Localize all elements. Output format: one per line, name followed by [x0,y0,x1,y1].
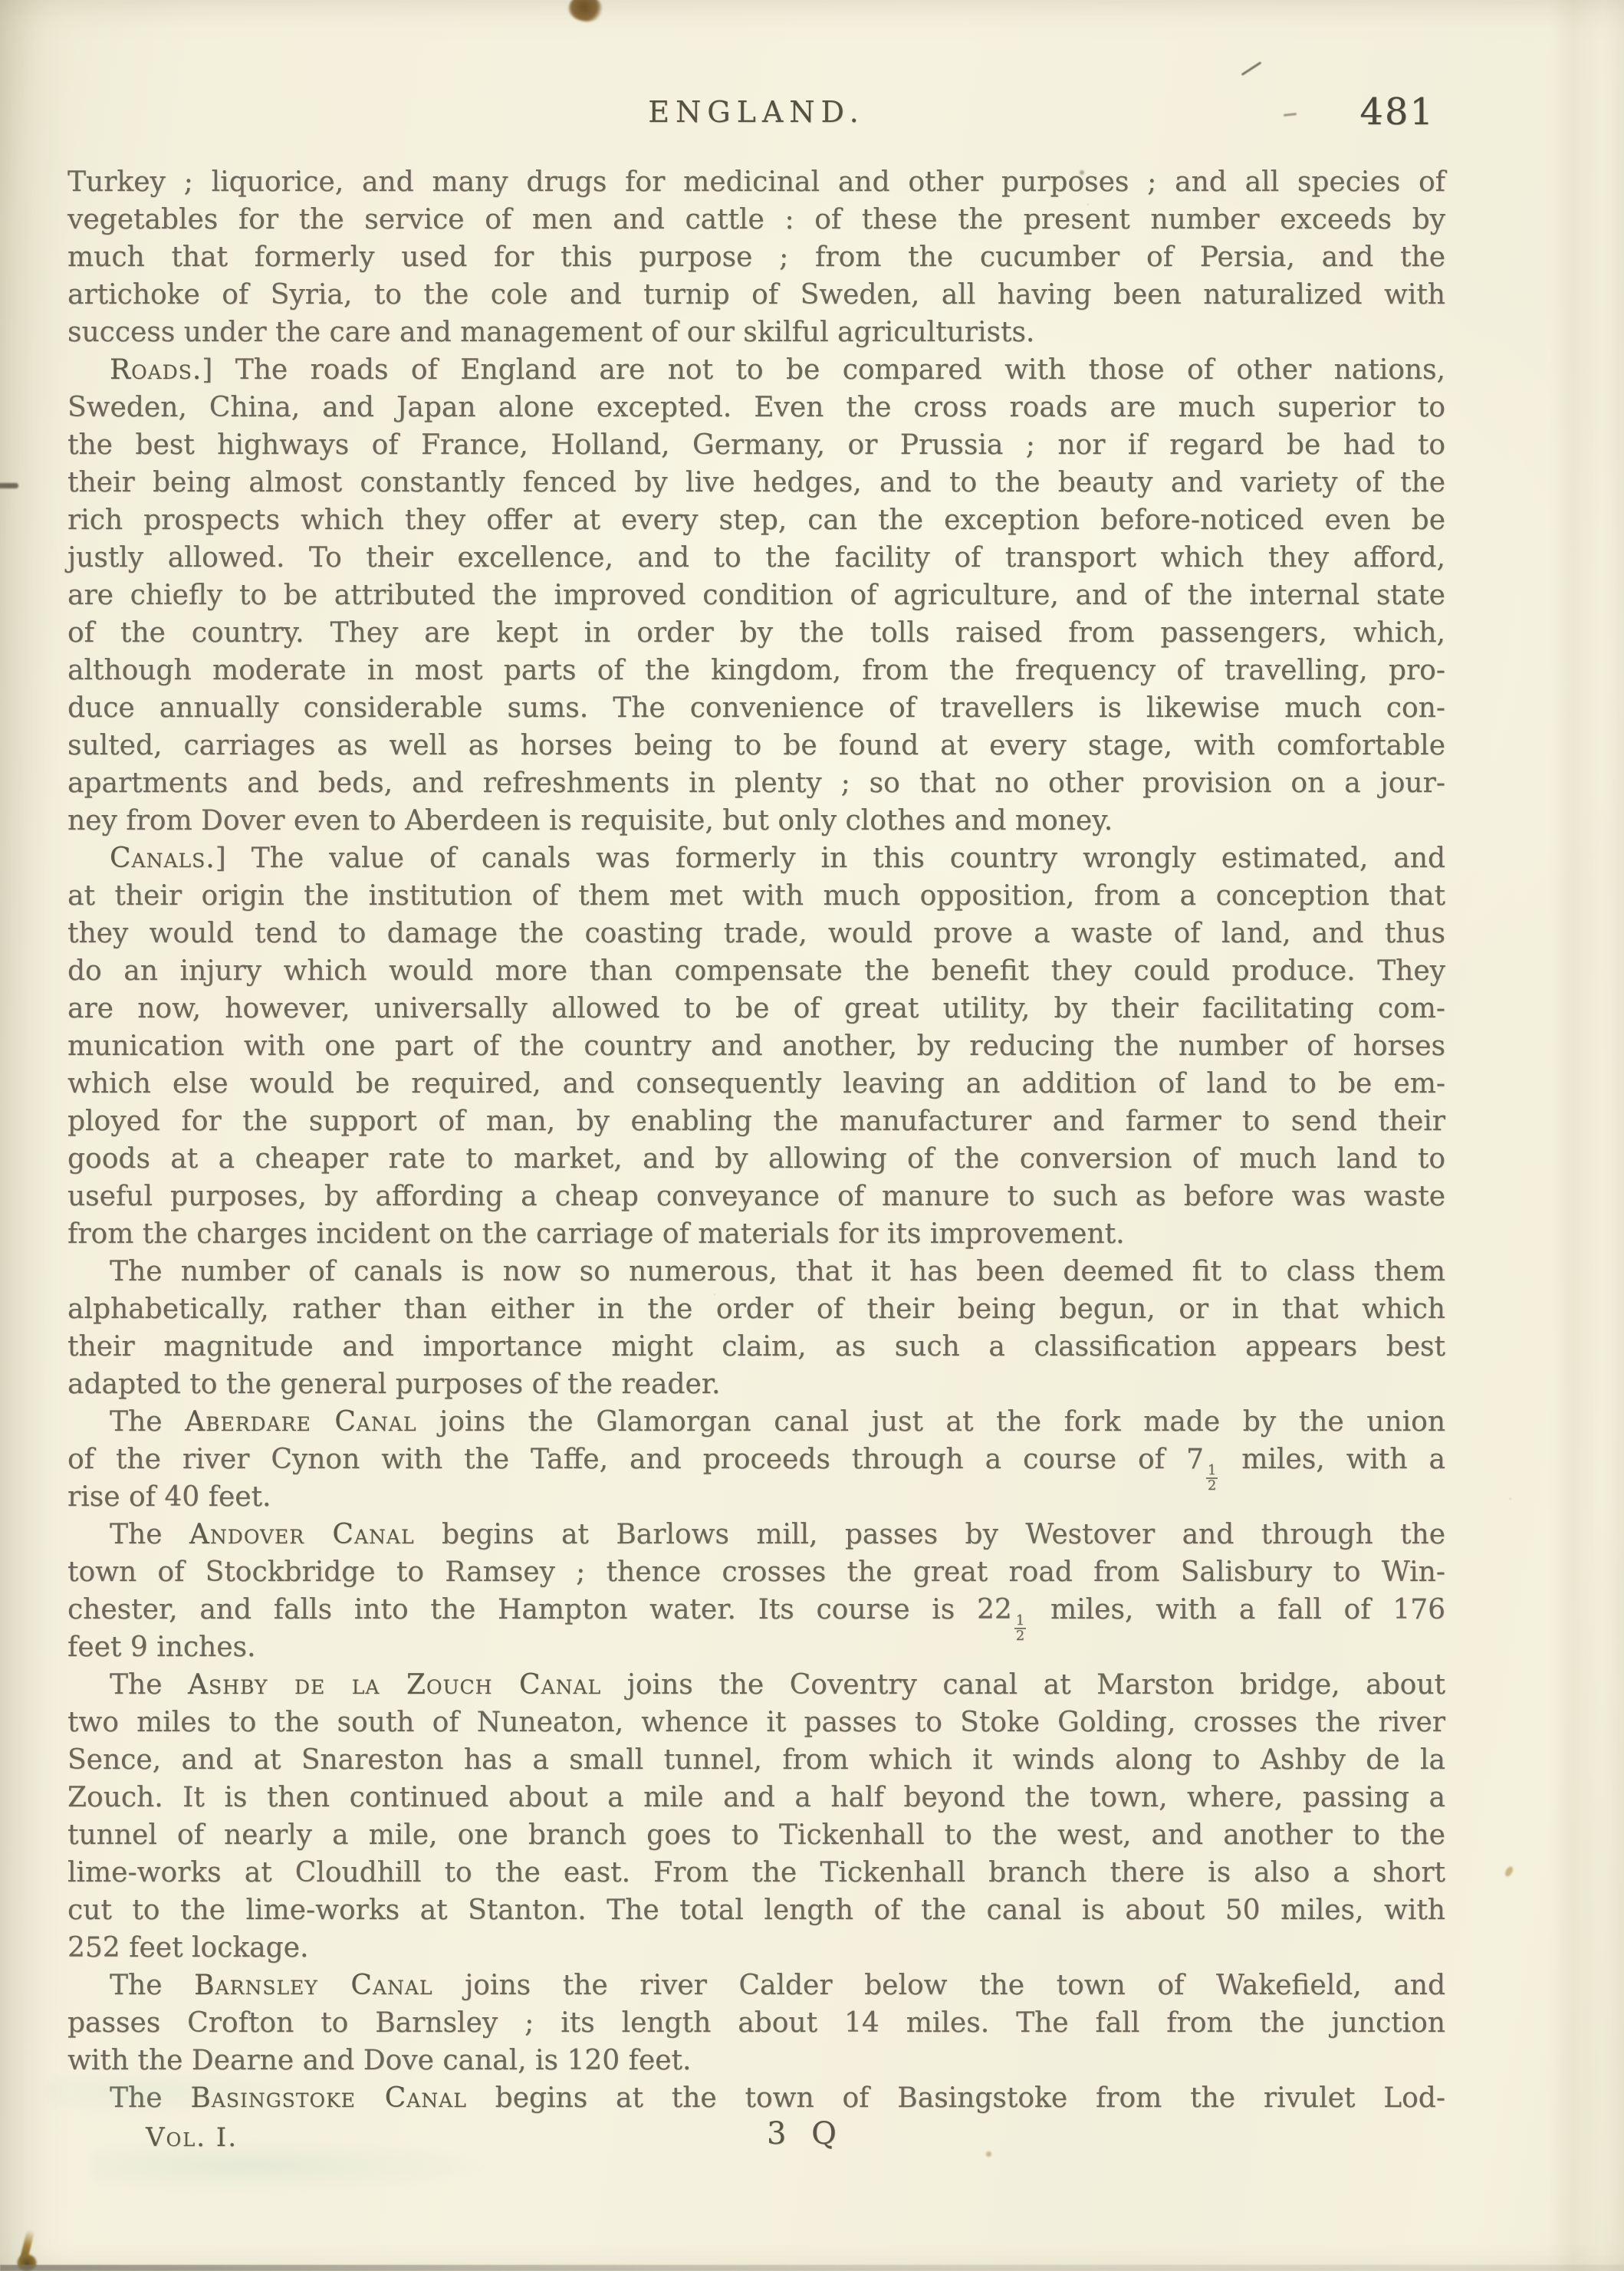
body-text-run: their magnitude and importance might cla… [67,1331,1445,1362]
body-text-run: munication with one part of the country … [67,1030,1445,1062]
text-line: success under the care and management of… [67,314,1445,351]
body-text-run: The [110,1970,194,2001]
left-edge-mark [0,483,18,488]
book-page-scan: ENGLAND. 481 Turkey ; liquorice, and man… [0,0,1624,2271]
body-text-run: rich prospects which they offer at every… [67,504,1445,536]
body-text-run: 252 feet lockage. [67,1932,308,1964]
text-line: The Aberdare Canal joins the Glamorgan c… [67,1403,1445,1441]
body-text-run: The [110,1519,189,1550]
text-line: The Basingstoke Canal begins at the town… [67,2079,1445,2117]
small-caps-text: Barnsley Canal [194,1970,432,2001]
straw-stain [19,2229,35,2263]
text-line: The Ashby de la Zouch Canal joins the Co… [67,1666,1445,1704]
page-header: ENGLAND. 481 [67,90,1445,136]
text-line: tunnel of nearly a mile, one branch goes… [67,1816,1445,1854]
body-text-run: of the country. They are kept in order b… [67,617,1445,649]
text-line: town of Stockbridge to Ramsey ; thence c… [67,1553,1445,1591]
small-caps-text: Aberdare Canal [185,1406,416,1438]
body-text-run: Sence, and at Snareston has a small tunn… [67,1744,1445,1776]
body-text-run: artichoke of Syria, to the cole and turn… [67,279,1445,311]
body-text-run: do an injury which would more than compe… [67,955,1445,987]
small-caps-text: Roads. [110,354,202,386]
text-line: with the Dearne and Dove canal, is 120 f… [67,2042,1445,2079]
text-line: vegetables for the service of men and ca… [67,201,1445,238]
pen-mark-slash [1241,61,1262,76]
text-line: justly allowed. To their excellence, and… [67,539,1445,577]
body-text-run: adapted to the general purposes of the r… [67,1369,720,1400]
body-text-run: useful purposes, by affording a cheap co… [67,1181,1445,1212]
text-line: Canals.] The value of canals was formerl… [67,840,1445,877]
text-line: are now, however, universally allowed to… [67,990,1445,1027]
text-line: alphabetically, rather than either in th… [67,1290,1445,1328]
body-text-run: of the river Cynon with the Taffe, and p… [67,1444,1204,1475]
text-line: Sweden, China, and Japan alone excepted.… [67,389,1445,426]
text-line: munication with one part of the country … [67,1027,1445,1065]
small-caps-text: Ashby de la Zouch Canal [188,1669,601,1701]
text-line: passes Crofton to Barnsley ; its length … [67,2004,1445,2042]
text-line: their being almost constantly fenced by … [67,464,1445,501]
body-text: Turkey ; liquorice, and many drugs for m… [67,163,1445,2117]
body-text-run: their being almost constantly fenced by … [67,467,1445,498]
body-text-run: two miles to the south of Nuneaton, when… [67,1707,1445,1738]
body-text-run: vegetables for the service of men and ca… [67,204,1445,235]
text-line: their magnitude and importance might cla… [67,1328,1445,1366]
text-line: ployed for the support of man, by enabli… [67,1103,1445,1140]
body-text-run: ney from Dover even to Aberdeen is requi… [67,805,1113,836]
printer-signature: 3 Q [767,2116,844,2151]
text-line: two miles to the south of Nuneaton, when… [67,1704,1445,1741]
body-text-run: feet 9 inches. [67,1632,255,1663]
body-text-run: much that formerly used for this purpose… [67,242,1445,273]
ink-spot-top [566,0,605,25]
body-text-run: although moderate in most parts of the k… [67,655,1445,686]
body-text-run: justly allowed. To their excellence, and… [67,542,1445,574]
body-text-run: they would tend to damage the coasting t… [67,918,1445,949]
text-line: artichoke of Syria, to the cole and turn… [67,276,1445,314]
text-line: chester, and falls into the Hampton wate… [67,1591,1445,1628]
body-text-run: Turkey ; liquorice, and many drugs for m… [67,166,1445,198]
text-line: useful purposes, by affording a cheap co… [67,1178,1445,1215]
body-text-run: duce annually considerable sums. The con… [67,692,1445,724]
body-text-run: The [110,1669,188,1701]
body-text-run: begins at the town of Basingstoke from t… [467,2082,1445,2114]
text-line: goods at a cheaper rate to market, and b… [67,1140,1445,1178]
text-line: are chiefly to be attributed the improve… [67,577,1445,614]
text-line: Sence, and at Snareston has a small tunn… [67,1741,1445,1779]
small-caps-text: Basingstoke Canal [190,2082,467,2114]
scan-bottom-edge [0,2265,1624,2271]
body-text-run: joins the Glamorgan canal just at the fo… [416,1406,1445,1438]
body-text-run: from the charges incident on the carriag… [67,1218,1125,1250]
small-caps-text: Canals. [110,843,215,874]
text-line: from the charges incident on the carriag… [67,1215,1445,1253]
volume-label: Vol. I. [146,2122,238,2153]
body-text-run: goods at a cheaper rate to market, and b… [67,1143,1445,1175]
body-text-run: are chiefly to be attributed the improve… [67,580,1445,611]
text-line: which else would be required, and conseq… [67,1065,1445,1103]
body-text-run: sulted, carriages as well as horses bein… [67,730,1445,761]
text-line: The number of canals is now so numerous,… [67,1253,1445,1290]
body-text-run: cut to the lime-works at Stanton. The to… [67,1895,1445,1926]
paper-fold-streak [1549,0,1603,2271]
body-text-run: chester, and falls into the Hampton wate… [67,1594,1012,1625]
body-text-run: miles, with a fall of 176 [1028,1594,1445,1625]
body-text-run: Sweden, China, and Japan alone excepted.… [67,392,1445,423]
body-text-run: are now, however, universally allowed to… [67,993,1445,1024]
small-caps-text: Andover Canal [189,1519,415,1550]
text-line: The Barnsley Canal joins the river Calde… [67,1967,1445,2004]
text-line: sulted, carriages as well as horses bein… [67,727,1445,764]
stacked-fraction: 12 [1206,1464,1218,1494]
body-text-run: passes Crofton to Barnsley ; its length … [67,2007,1445,2039]
text-line: they would tend to damage the coasting t… [67,915,1445,952]
body-text-run: begins at Barlows mill, passes by Westov… [415,1519,1445,1550]
body-text-run: lime-works at Cloudhill to the east. Fro… [67,1857,1445,1888]
body-text-run: ] The value of canals was formerly in th… [215,843,1445,874]
text-line: although moderate in most parts of the k… [67,652,1445,689]
body-text-run: tunnel of nearly a mile, one branch goes… [67,1819,1445,1851]
body-text-run: miles, with a [1220,1444,1445,1475]
body-text-run: at their origin the institution of them … [67,880,1445,912]
page-number: 481 [1359,90,1435,133]
body-text-run: which else would be required, and conseq… [67,1068,1445,1099]
stacked-fraction: 12 [1014,1614,1026,1645]
body-text-run: success under the care and management of… [67,317,1034,348]
text-line: lime-works at Cloudhill to the east. Fro… [67,1854,1445,1891]
body-text-run: The [110,2082,190,2114]
text-line: of the country. They are kept in order b… [67,614,1445,652]
body-text-run: joins the Coventry canal at Marston brid… [601,1669,1445,1701]
paper-speck [1504,1865,1514,1878]
text-line: the best highways of France, Holland, Ge… [67,426,1445,464]
text-line: Roads.] The roads of England are not to … [67,351,1445,389]
body-text-run: The number of canals is now so numerous,… [110,1256,1445,1287]
straw-stain-head [17,2254,37,2271]
body-text-run: ] The roads of England are not to be com… [202,354,1445,386]
text-line: 252 feet lockage. [67,1929,1445,1967]
body-text-run: ployed for the support of man, by enabli… [67,1106,1445,1137]
text-line: rich prospects which they offer at every… [67,501,1445,539]
body-text-run: alphabetically, rather than either in th… [67,1293,1445,1325]
text-line: at their origin the institution of them … [67,877,1445,915]
text-line: do an injury which would more than compe… [67,952,1445,990]
text-line: Turkey ; liquorice, and many drugs for m… [67,163,1445,201]
text-line: feet 9 inches. [67,1628,1445,1666]
text-line: of the river Cynon with the Taffe, and p… [67,1441,1445,1478]
text-line: rise of 40 feet. [67,1478,1445,1516]
text-line: apartments and beds, and refreshments in… [67,764,1445,802]
page-footer: Vol. I. 3 Q [67,2116,1445,2170]
body-text-run: rise of 40 feet. [67,1481,271,1513]
body-text-run: apartments and beds, and refreshments in… [67,767,1445,799]
body-text-run: with the Dearne and Dove canal, is 120 f… [67,2045,691,2076]
text-line: ney from Dover even to Aberdeen is requi… [67,802,1445,840]
body-text-run: town of Stockbridge to Ramsey ; thence c… [67,1556,1445,1588]
body-text-run: the best highways of France, Holland, Ge… [67,429,1445,461]
text-line: much that formerly used for this purpose… [67,238,1445,276]
text-line: adapted to the general purposes of the r… [67,1366,1445,1403]
text-line: duce annually considerable sums. The con… [67,689,1445,727]
body-text-run: Zouch. It is then continued about a mile… [67,1782,1445,1813]
running-header: ENGLAND. [67,95,1445,129]
body-text-run: joins the river Calder below the town of… [433,1970,1445,2001]
text-line: The Andover Canal begins at Barlows mill… [67,1516,1445,1553]
text-line: Zouch. It is then continued about a mile… [67,1779,1445,1816]
text-line: cut to the lime-works at Stanton. The to… [67,1891,1445,1929]
body-text-run: The [110,1406,185,1438]
